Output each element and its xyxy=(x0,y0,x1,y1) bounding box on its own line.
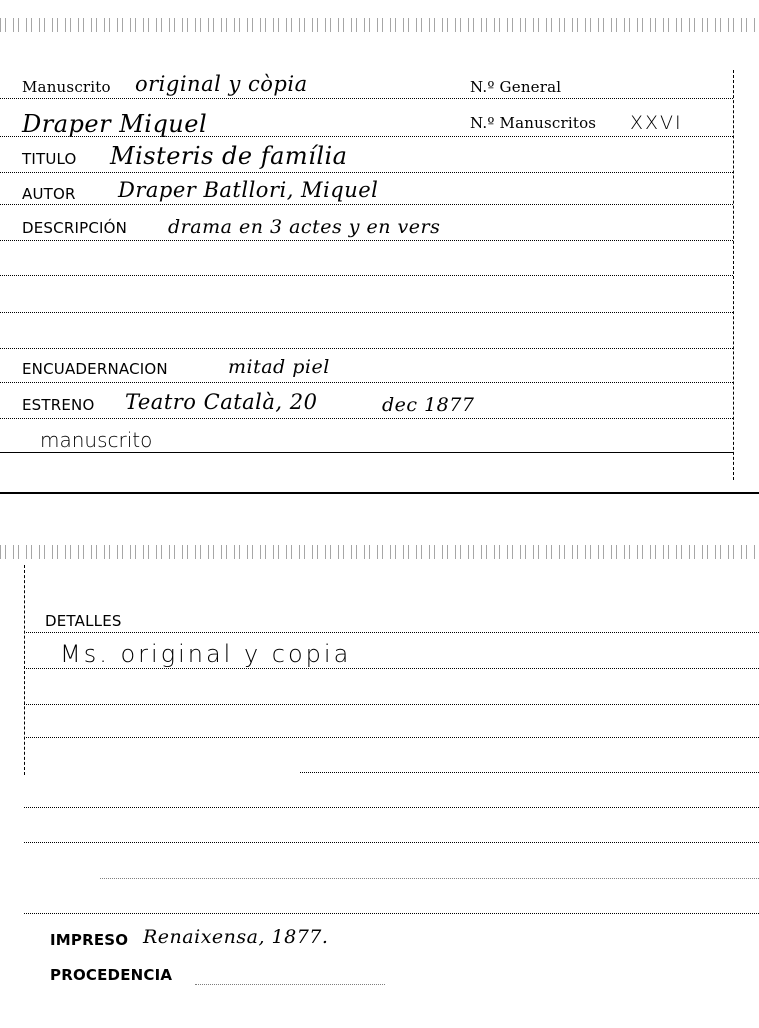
row-line xyxy=(24,704,759,705)
row-line xyxy=(0,136,733,137)
row-line xyxy=(300,772,759,773)
row-line xyxy=(0,418,733,419)
descripcion-label: DESCRIPCIÓN xyxy=(22,219,127,237)
estreno-date: dec 1877 xyxy=(382,394,474,416)
row-line xyxy=(0,204,733,205)
descripcion-value: drama en 3 actes y en vers xyxy=(168,216,440,238)
procedencia-label: PROCEDENCIA xyxy=(50,966,172,984)
row-line xyxy=(24,842,759,843)
row-line xyxy=(0,240,733,241)
row-line xyxy=(24,913,759,914)
titulo-label: TITULO xyxy=(22,150,77,168)
heading-name-value: Draper Miquel xyxy=(22,110,207,138)
estreno-label: ESTRENO xyxy=(22,396,95,414)
row-line xyxy=(24,807,759,808)
manuscrito-value: original y còpia xyxy=(135,72,308,96)
scan-noise-middle xyxy=(0,545,759,559)
numero-general-label: N.º General xyxy=(470,78,561,96)
extra-note-value: manuscrito xyxy=(40,428,152,452)
card-bottom-edge xyxy=(0,492,759,494)
row-line xyxy=(24,737,759,738)
row-line xyxy=(0,98,733,99)
card-right-edge xyxy=(733,70,734,480)
encuadernacion-label: ENCUADERNACION xyxy=(22,360,168,378)
impreso-label: IMPRESO xyxy=(50,931,128,949)
row-line xyxy=(24,632,759,633)
row-line xyxy=(0,348,733,349)
card-left-edge xyxy=(24,565,25,775)
row-line xyxy=(100,878,759,879)
row-line xyxy=(24,668,759,669)
impreso-value: Renaixensa, 1877. xyxy=(143,926,328,948)
encuadernacion-value: mitad piel xyxy=(228,356,330,378)
scan-noise-top xyxy=(0,18,759,32)
row-line xyxy=(0,312,733,313)
manuscrito-label: Manuscrito xyxy=(22,78,111,96)
estreno-value: Teatro Català, 20 xyxy=(125,390,317,414)
titulo-value: Misteris de família xyxy=(110,142,348,170)
row-line xyxy=(0,172,733,173)
autor-value: Draper Batllori, Miquel xyxy=(118,178,378,202)
numero-manuscritos-label: N.º Manuscritos xyxy=(470,114,596,132)
row-line xyxy=(0,275,733,276)
row-line xyxy=(0,452,733,453)
detalles-label: DETALLES xyxy=(45,612,122,630)
row-line xyxy=(195,984,385,985)
row-line xyxy=(0,382,733,383)
detalles-value: Ms. original y copia xyxy=(60,640,351,668)
autor-label: AUTOR xyxy=(22,185,76,203)
numero-manuscritos-value: XXVI xyxy=(630,112,683,134)
